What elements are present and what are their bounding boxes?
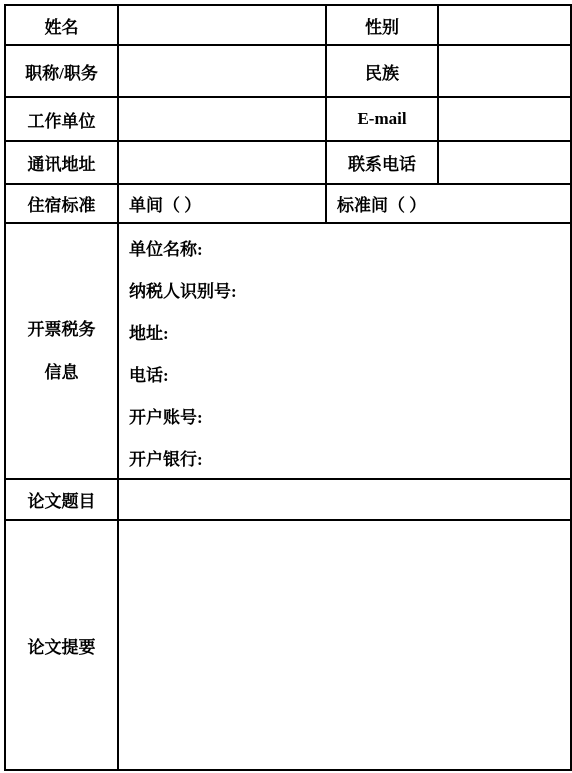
standard-room-option[interactable]: 标准间（ ） [326,184,571,223]
phone-label: 联系电话 [326,141,438,184]
invoice-company-name-line[interactable]: 单位名称: [129,226,570,268]
email-field[interactable] [438,97,571,141]
invoice-info-label-line2: 信息 [7,351,116,394]
title-position-field[interactable] [118,45,326,97]
mailing-address-label: 通讯地址 [5,141,118,184]
invoice-info-label-line1: 开票税务 [7,308,116,351]
row-invoice-info: 开票税务 信息 单位名称: 纳税人识别号: 地址: 电话: 开户账号: 开户银行… [5,223,571,479]
ethnicity-field[interactable] [438,45,571,97]
work-unit-label: 工作单位 [5,97,118,141]
registration-form-table: 姓名 性别 职称/职务 民族 工作单位 E-mail 通讯地址 联系电话 住宿标… [4,4,572,771]
ethnicity-label: 民族 [326,45,438,97]
name-label: 姓名 [5,5,118,45]
row-title-ethnicity: 职称/职务 民族 [5,45,571,97]
phone-field[interactable] [438,141,571,184]
paper-title-label: 论文题目 [5,479,118,520]
title-position-label: 职称/职务 [5,45,118,97]
paper-abstract-label: 论文提要 [5,520,118,770]
invoice-account-number-line[interactable]: 开户账号: [129,394,570,436]
row-paper-abstract: 论文提要 [5,520,571,770]
single-room-option[interactable]: 单间（ ） [118,184,326,223]
row-workunit-email: 工作单位 E-mail [5,97,571,141]
email-label: E-mail [326,97,438,141]
row-paper-title: 论文题目 [5,479,571,520]
invoice-taxpayer-id-line[interactable]: 纳税人识别号: [129,268,570,310]
accommodation-label: 住宿标准 [5,184,118,223]
paper-title-field[interactable] [118,479,571,520]
invoice-address-line[interactable]: 地址: [129,310,570,352]
invoice-bank-line[interactable]: 开户银行: [129,436,570,478]
row-address-phone: 通讯地址 联系电话 [5,141,571,184]
mailing-address-field[interactable] [118,141,326,184]
gender-field[interactable] [438,5,571,45]
gender-label: 性别 [326,5,438,45]
work-unit-field[interactable] [118,97,326,141]
invoice-info-label: 开票税务 信息 [5,223,118,479]
name-field[interactable] [118,5,326,45]
row-name-gender: 姓名 性别 [5,5,571,45]
invoice-fields-cell[interactable]: 单位名称: 纳税人识别号: 地址: 电话: 开户账号: 开户银行: [118,223,571,479]
registration-form-page: 姓名 性别 职称/职务 民族 工作单位 E-mail 通讯地址 联系电话 住宿标… [0,0,572,773]
row-accommodation: 住宿标准 单间（ ） 标准间（ ） [5,184,571,223]
invoice-phone-line[interactable]: 电话: [129,352,570,394]
paper-abstract-field[interactable] [118,520,571,770]
